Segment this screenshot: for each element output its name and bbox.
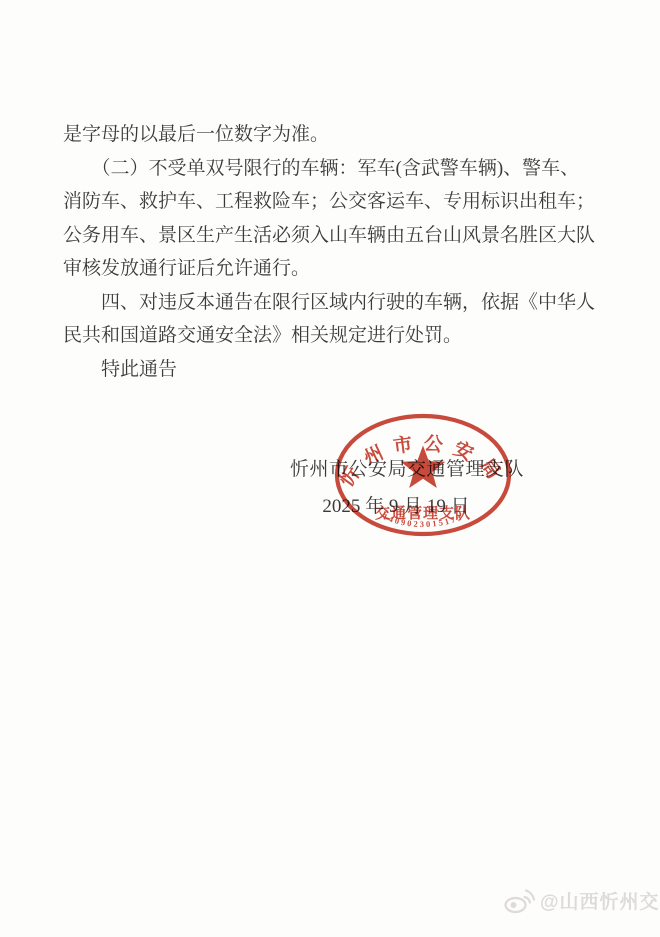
notice-body-line: 消防车、救护车、工程救险车；公交客运车、专用标识出租车；: [63, 185, 603, 219]
watermark: @山西忻州交警: [503, 886, 660, 914]
notice-body-line: 审核发放通行证后允许通行。: [63, 252, 603, 286]
weibo-icon: [503, 886, 535, 914]
document-page: 是字母的以最后一位数字为准。 （二）不受单双号限行的车辆：军车(含武警车辆)、警…: [0, 0, 660, 937]
notice-body-line: 民共和国道路交通安全法》相关规定进行处罚。: [63, 319, 603, 353]
notice-body-line: 四、对违反本通告在限行区域内行驶的车辆，依据《中华人: [63, 286, 603, 320]
notice-body-line: 公务用车、景区生产生活必须入山车辆由五台山风景名胜区大队: [63, 219, 603, 253]
notice-body-line: 特此通告: [63, 353, 603, 387]
notice-body-line: （二）不受单双号限行的车辆：军车(含武警车辆)、警车、: [63, 152, 603, 186]
notice-body: 是字母的以最后一位数字为准。 （二）不受单双号限行的车辆：军车(含武警车辆)、警…: [63, 118, 603, 386]
notice-body-line: 是字母的以最后一位数字为准。: [63, 118, 603, 152]
watermark-text: @山西忻州交警: [540, 887, 660, 914]
official-seal: 忻州市公安局 交通管理支队 1409023015175: [333, 412, 513, 538]
